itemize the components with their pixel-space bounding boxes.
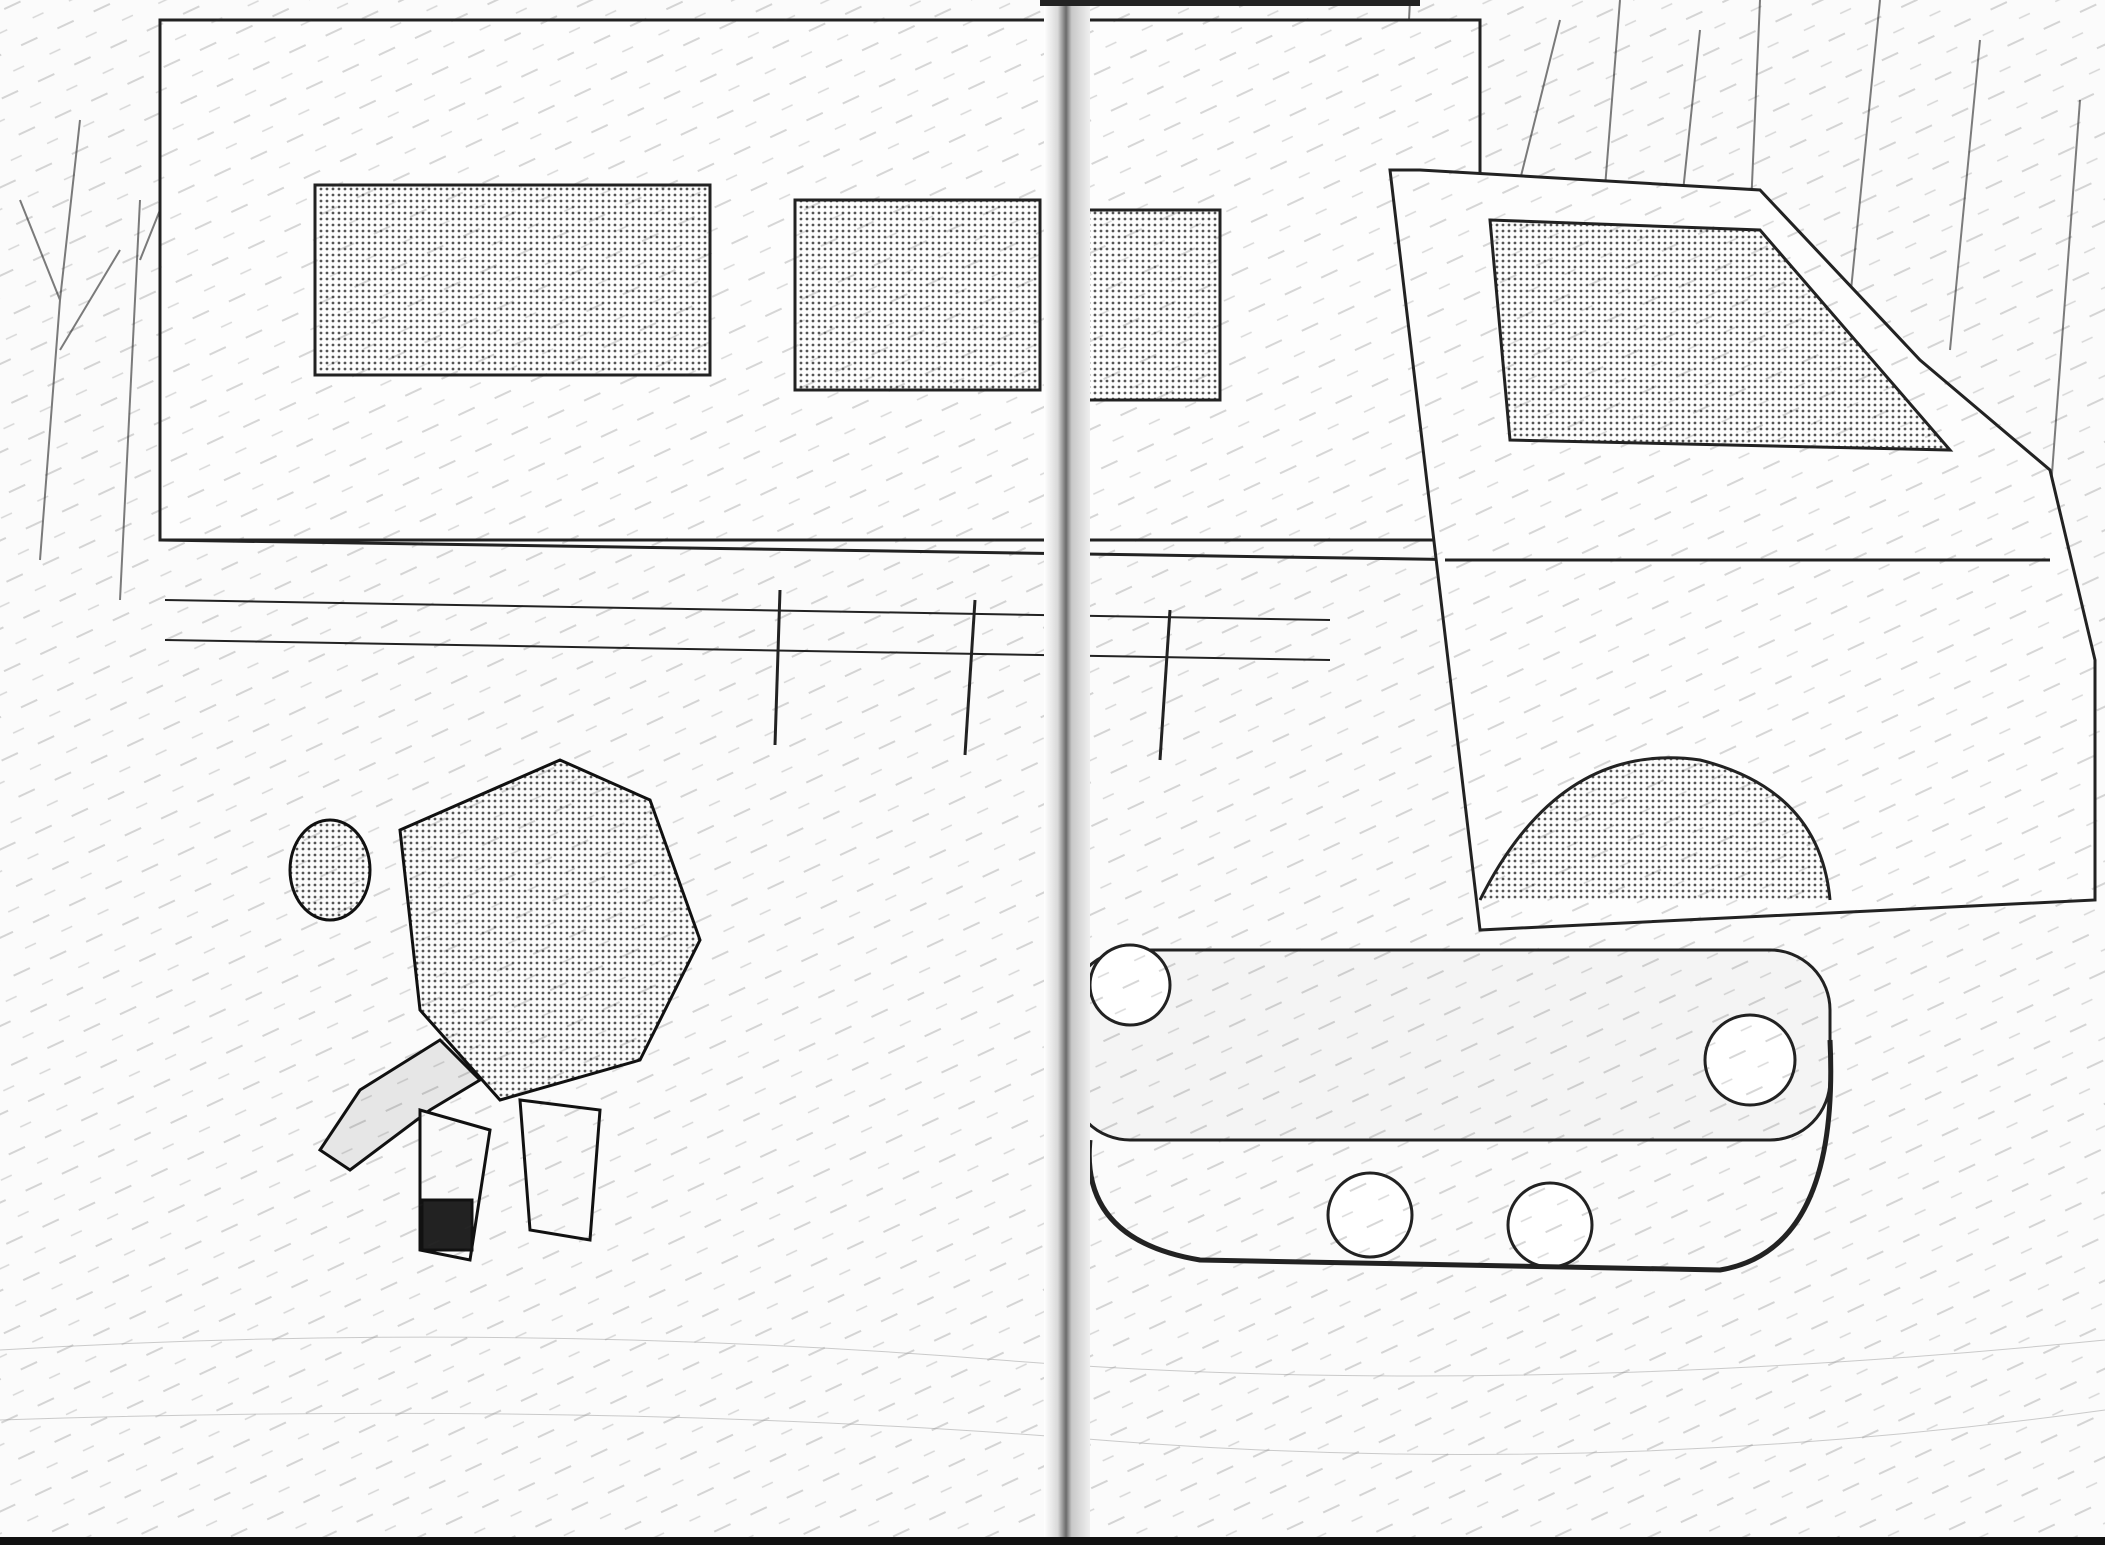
book-gutter [1044,0,1090,1545]
scan-edge-top [1040,0,1420,6]
scan-edge-bottom [0,1537,2105,1545]
manga-spread: snowstorm on an open snowy field [0,0,2105,1545]
